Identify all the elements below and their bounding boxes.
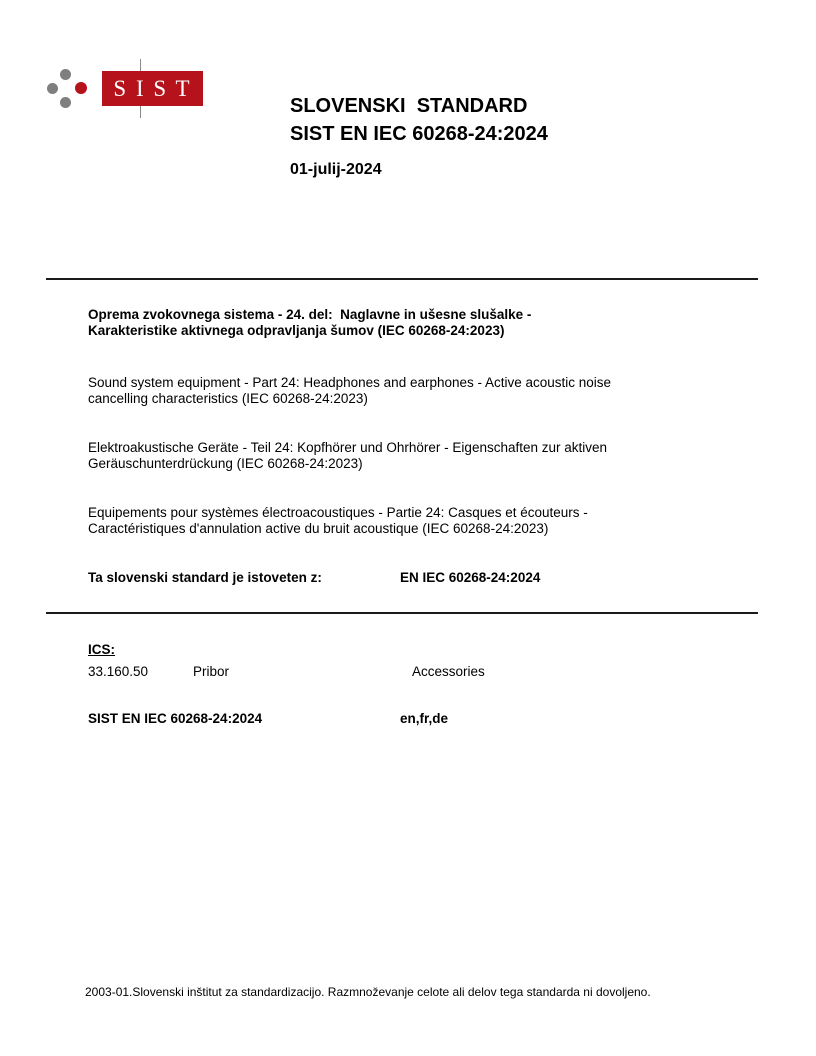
- standard-cover-page: S I S T SLOVENSKI STANDARD SIST EN IEC 6…: [0, 0, 816, 1056]
- publication-date: 01-julij-2024: [290, 160, 548, 180]
- ics-label-english: Accessories: [412, 664, 485, 679]
- ics-heading: ICS:: [88, 642, 115, 657]
- equivalence-value: EN IEC 60268-24:2024: [400, 570, 540, 585]
- divider-top: [46, 278, 758, 280]
- document-type-title: SLOVENSKI STANDARD: [290, 92, 548, 120]
- ics-code: 33.160.50: [88, 664, 148, 679]
- title-english: Sound system equipment - Part 24: Headph…: [88, 375, 760, 407]
- logo-dot-bottom-icon: [60, 97, 71, 108]
- copyright-footer: 2003-01.Slovenski inštitut za standardiz…: [85, 985, 765, 1000]
- reference-languages: en,fr,de: [400, 711, 448, 726]
- title-slovenian: Oprema zvokovnega sistema - 24. del: Nag…: [88, 307, 760, 339]
- title-french: Equipements pour systèmes électroacousti…: [88, 505, 760, 537]
- reference-row: SIST EN IEC 60268-24:2024 en,fr,de: [0, 711, 816, 729]
- standard-number: SIST EN IEC 60268-24:2024: [290, 120, 548, 148]
- equivalence-row: Ta slovenski standard je istoveten z: EN…: [0, 570, 816, 588]
- divider-bottom: [46, 612, 758, 614]
- reference-code: SIST EN IEC 60268-24:2024: [88, 711, 262, 726]
- title-german: Elektroakustische Geräte - Teil 24: Kopf…: [88, 440, 760, 472]
- sist-logo: S I S T: [0, 0, 240, 140]
- sist-logo-box: S I S T: [102, 71, 203, 106]
- document-header: SLOVENSKI STANDARD SIST EN IEC 60268-24:…: [290, 92, 548, 180]
- logo-dot-red-icon: [75, 82, 87, 94]
- ics-row: 33.160.50 Pribor Accessories: [0, 664, 816, 682]
- equivalence-label: Ta slovenski standard je istoveten z:: [88, 570, 322, 585]
- logo-dot-top-icon: [60, 69, 71, 80]
- logo-dot-left-icon: [47, 83, 58, 94]
- ics-label-slovenian: Pribor: [193, 664, 229, 679]
